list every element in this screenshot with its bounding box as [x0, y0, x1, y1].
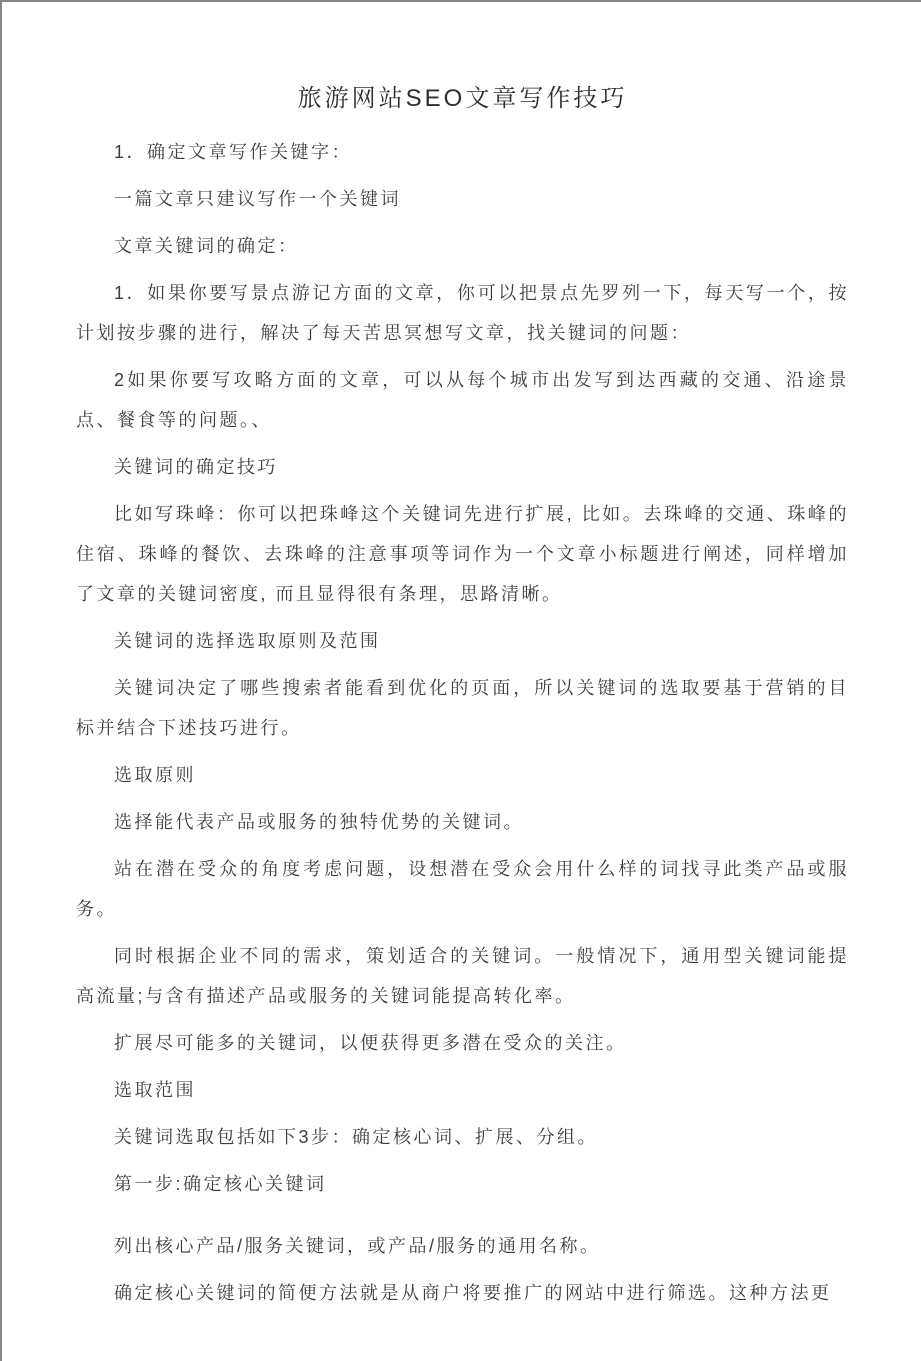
- paragraph: 站在潜在受众的角度考虑问题，设想潜在受众会用什么样的词找寻此类产品或服 务。: [76, 849, 849, 929]
- document-content: 旅游网站SEO文章写作技巧 1．确定文章写作关键字： 一篇文章只建议写作一个关键…: [2, 2, 921, 1313]
- paragraph: 关键词决定了哪些搜索者能看到优化的页面，所以关键词的选取要基于营销的目标并结合下…: [76, 668, 849, 748]
- paragraph: 同时根据企业不同的需求，策划适合的关键词。一般情况下，通用型关键词能提高流量;与…: [76, 936, 849, 1016]
- paragraph: 列出核心产品/服务关键词，或产品/服务的通用名称。: [76, 1226, 849, 1266]
- document-page: 旅游网站SEO文章写作技巧 1．确定文章写作关键字： 一篇文章只建议写作一个关键…: [0, 0, 921, 1361]
- paragraph: 1．如果你要写景点游记方面的文章，你可以把景点先罗列一下，每天写一个，按计划按步…: [76, 273, 849, 353]
- paragraph: 扩展尽可能多的关键词，以便获得更多潜在受众的关注。: [76, 1023, 849, 1063]
- paragraph: 2如果你要写攻略方面的文章，可以从每个城市出发写到达西藏的交通、沿途景点、餐食等…: [76, 360, 849, 440]
- paragraph: 一篇文章只建议写作一个关键词: [76, 179, 849, 219]
- paragraph: 关键词的确定技巧: [76, 447, 849, 487]
- paragraph: 选取原则: [76, 755, 849, 795]
- paragraph: 选择能代表产品或服务的独特优势的关键词。: [76, 802, 849, 842]
- paragraph: 关键词选取包括如下3步：确定核心词、扩展、分组。: [76, 1117, 849, 1157]
- paragraph: 比如写珠峰：你可以把珠峰这个关键词先进行扩展, 比如。去珠峰的交通、珠峰的住宿、…: [76, 494, 849, 614]
- paragraph: 选取范围: [76, 1070, 849, 1110]
- paragraph: 关键词的选择选取原则及范围: [76, 621, 849, 661]
- paragraph: 文章关键词的确定：: [76, 226, 849, 266]
- document-title: 旅游网站SEO文章写作技巧: [76, 82, 849, 116]
- paragraph: 确定核心关键词的简便方法就是从商户将要推广的网站中进行筛选。这种方法更: [76, 1273, 849, 1313]
- paragraph: 第一步:确定核心关键词: [76, 1164, 849, 1204]
- paragraph: 1．确定文章写作关键字：: [76, 132, 849, 172]
